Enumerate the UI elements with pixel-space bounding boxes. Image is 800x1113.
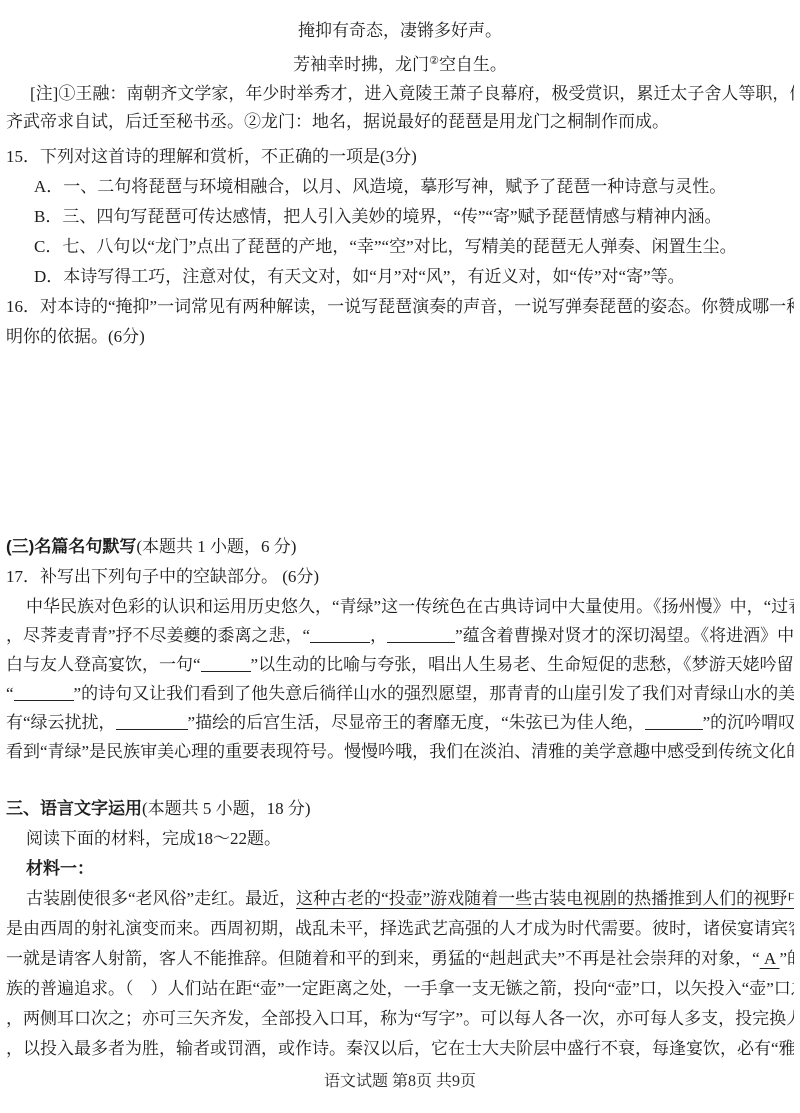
question-17-line-5: 有“绿云扰扰，”描绘的后宫生活，尽显帝王的奢靡无度，“朱弦已为佳人绝，”的沉吟喟… (6, 708, 794, 737)
segment-text: “ (6, 684, 14, 703)
material-one-line-3: 一就是请客人射箭，客人不能推辞。但随着和平的到来，勇猛的“赳赳武夫”不再是社会崇… (6, 944, 794, 974)
material-one-line-2: 是由西周的射礼演变而来。西周初期，战乱未平，择选武艺高强的人才成为时代需要。彼时… (6, 914, 794, 944)
segment-text: ”蕴含着曹操对贤才的深切渴望。《将进酒》中，李 (455, 626, 794, 645)
footnote-line-1: [注]①王融：南朝齐文学家，年少时举秀才，进入竟陵王萧子良幕府，极受赏识，累迁太… (6, 80, 794, 108)
question-15-stem: 15．下列对这首诗的理解和赏析，不正确的一项是(3分) (6, 142, 794, 172)
question-15-option-a: A．一、二句将琵琶与环境相融合，以月、风造境，摹形写神，赋予了琵琶一种诗意与灵性… (6, 172, 794, 202)
section-three-meta: (本题共 5 小题，18 分) (142, 799, 311, 818)
material-one-paragraph: 古装剧使很多“老风俗”走红。最近，这种古老的“投壶”游戏随着一些古装电视剧的热播… (6, 884, 794, 1064)
segment-text: ”的沉吟喟叹，都让我们 (703, 713, 794, 732)
question-15-option-d: D．本诗写得工巧，注意对仗，有天文对，如“月”对“风”，有近义对，如“传”对“寄… (6, 262, 794, 292)
segment-text: 看到“青绿”是民族审美心理的重要表现符号。慢慢吟哦，我们在淡泊、清雅的美学意趣中… (6, 742, 794, 761)
segment-text: ，两侧耳口次之；亦可三矢齐发，全部投入口耳，称为“写字”。可以每人各一次，亦可每… (6, 1009, 794, 1028)
fill-in-blank (645, 713, 703, 730)
segment-text: 族的普遍追求。（ ）人们站在距“壶”一定距离之处，一手拿一支无镞之箭，投向“壶”… (6, 979, 794, 998)
question-17: 17．补写出下列句子中的空缺部分。 (6分) 中华民族对色彩的认识和运用历史悠久… (6, 562, 794, 766)
fill-in-blank (387, 626, 455, 643)
page-footer: 语文试题 第8页 共9页 (6, 1068, 794, 1096)
fill-in-blank (310, 626, 370, 643)
segment-text: ”的诗句又让我们看到了他失意后徜徉山水的强烈愿望，那青青的山崖引发了我们对青绿山… (74, 684, 794, 703)
segment-text: 一就是请客人射箭，客人不能推辞。但随着和平的到来，勇猛的“赳赳武夫”不再是社会崇… (6, 949, 760, 968)
question-16-line-1: 16．对本诗的“掩抑”一词常见有两种解读，一说写琵琶演奏的声音，一说写弹奏琵琶的… (6, 292, 794, 322)
footnote-line-2: 齐武帝求自试，后迁至秘书丞。②龙门：地名，据说最好的琵琶是用龙门之桐制作而成。 (6, 108, 794, 136)
segment-text: 空自生。 (439, 55, 507, 74)
segment-text: 芳袖幸时拂，龙门 (293, 55, 429, 74)
poem-line-1: 掩抑有奇态，凄锵多好声。 (6, 16, 794, 46)
segment-text: 白与友人登高宴饮，一句“ (6, 655, 201, 674)
fill-in-blank (116, 713, 188, 730)
segment-text: 中华民族对色彩的认识和运用历史悠久，“青绿”这一传统色在古典诗词中大量使用。《扬… (26, 597, 794, 616)
fill-in-blank (14, 684, 74, 701)
question-15-option-b: B．三、四句写琵琶可传达感情，把人引入美妙的境界，“传”“寄”赋予琵琶情感与精神… (6, 202, 794, 232)
segment-text: ”的君子成为贵 (779, 949, 794, 968)
segment-sup: ② (429, 55, 439, 67)
question-15: 15．下列对这首诗的理解和赏析，不正确的一项是(3分) A．一、二句将琵琶与环境… (6, 142, 794, 292)
segment-text: 是由西周的射礼演变而来。西周初期，战乱未平，择选武艺高强的人才成为时代需要。彼时… (6, 919, 794, 938)
poem-line-2: 芳袖幸时拂，龙门②空自生。 (6, 46, 794, 76)
section-3-heading: (三)名篇名句默写(本题共 1 小题，6 分) (6, 532, 794, 562)
question-17-paragraph: 中华民族对色彩的认识和运用历史悠久，“青绿”这一传统色在古典诗词中大量使用。《扬… (6, 592, 794, 766)
poem-footnote: [注]①王融：南朝齐文学家，年少时举秀才，进入竟陵王萧子良幕府，极受赏识，累迁太… (6, 80, 794, 136)
question-16-line-2: 明你的依据。(6分) (6, 322, 794, 352)
segment-text: ，尽荠麦青青”抒不尽姜夔的黍离之悲，“ (6, 626, 310, 645)
question-17-line-6: 看到“青绿”是民族审美心理的重要表现符号。慢慢吟哦，我们在淡泊、清雅的美学意趣中… (6, 737, 794, 766)
segment-u: A (760, 949, 780, 968)
question-17-line-2: ，尽荠麦青青”抒不尽姜夔的黍离之悲，“，”蕴含着曹操对贤才的深切渴望。《将进酒》… (6, 621, 794, 650)
section-3-title: (三)名篇名句默写 (6, 537, 136, 556)
segment-text: ， (370, 626, 387, 645)
section-3-meta: (本题共 1 小题，6 分) (136, 537, 296, 556)
question-17-line-1: 中华民族对色彩的认识和运用历史悠久，“青绿”这一传统色在古典诗词中大量使用。《扬… (6, 592, 794, 621)
question-15-option-c: C．七、八句以“龙门”点出了琵琶的产地，“幸”“空”对比，写精美的琵琶无人弹奏、… (6, 232, 794, 262)
segment-text: ”以生动的比喻与夸张，唱出人生易老、生命短促的悲愁，《梦游天姥吟留别》中， (251, 655, 794, 674)
section-three-title: 三、语言文字运用 (6, 799, 142, 818)
section-three-heading: 三、语言文字运用(本题共 5 小题，18 分) (6, 794, 794, 824)
reading-instruction: 阅读下面的材料，完成18～22题。 (6, 824, 794, 854)
material-one-line-1: 古装剧使很多“老风俗”走红。最近，这种古老的“投壶”游戏随着一些古装电视剧的热播… (6, 884, 794, 914)
material-one-line-5: ，两侧耳口次之；亦可三矢齐发，全部投入口耳，称为“写字”。可以每人各一次，亦可每… (6, 1004, 794, 1034)
exam-page: 掩抑有奇态，凄锵多好声。 芳袖幸时拂，龙门②空自生。 [注]①王融：南朝齐文学家… (0, 0, 800, 1113)
question-17-line-4: “”的诗句又让我们看到了他失意后徜徉山水的强烈愿望，那青青的山崖引发了我们对青绿… (6, 679, 794, 708)
question-17-stem: 17．补写出下列句子中的空缺部分。 (6分) (6, 562, 794, 592)
segment-text: ”描绘的后宫生活，尽显帝王的奢靡无度，“朱弦已为佳人绝， (188, 713, 645, 732)
segment-text: 有“绿云扰扰， (6, 713, 116, 732)
material-one-line-4: 族的普遍追求。（ ）人们站在距“壶”一定距离之处，一手拿一支无镞之箭，投向“壶”… (6, 974, 794, 1004)
segment-u: 这种古老的“投壶”游戏随着一些古装电视剧的热播推到人们的视野中。 (296, 889, 794, 908)
fill-in-blank (201, 655, 251, 672)
material-one-label: 材料一： (6, 854, 794, 884)
material-one-line-6: ，以投入最多者为胜，输者或罚酒，或作诗。秦汉以后，它在士大夫阶层中盛行不衰，每逢… (6, 1034, 794, 1064)
question-17-line-3: 白与友人登高宴饮，一句“”以生动的比喻与夸张，唱出人生易老、生命短促的悲愁，《梦… (6, 650, 794, 679)
segment-text: ，以投入最多者为胜，输者或罚酒，或作诗。秦汉以后，它在士大夫阶层中盛行不衰，每逢… (6, 1039, 794, 1058)
question-16: 16．对本诗的“掩抑”一词常见有两种解读，一说写琵琶演奏的声音，一说写弹奏琵琶的… (6, 292, 794, 352)
segment-text: 古装剧使很多“老风俗”走红。最近， (26, 889, 296, 908)
